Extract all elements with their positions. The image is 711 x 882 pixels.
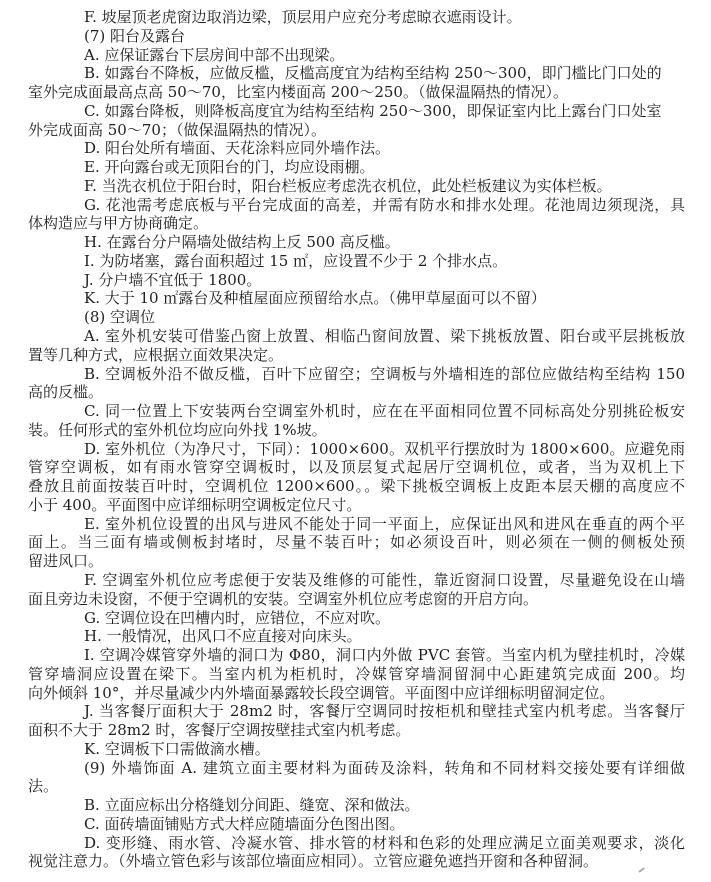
- text-line: 法。: [28, 777, 685, 796]
- text-line: D. 变形缝、雨水管、冷凝水管、排水管的材料和色彩的处理应满足立面美观要求，淡化: [28, 834, 685, 853]
- text-line: J. 分户墙不宜低于 1800。: [28, 271, 685, 290]
- text-line: F. 当洗衣机位于阳台时，阳台栏板应考虑洗衣机位，此处栏板建议为实体栏板。: [28, 177, 685, 196]
- text-line: K. 大于 10 ㎡露台及种植屋面应预留给水点。（佛甲草屋面可以不留）: [28, 289, 685, 308]
- text-line: C. 如露台降板，则降板高度宜为结构至结构 250～300，即保证室内比上露台门…: [28, 102, 685, 121]
- text-line: 高的反槛。: [28, 383, 685, 402]
- text-line: D. 室外机位（为净尺寸，下同）：1000×600。双机平行摆放时为 1800×…: [28, 440, 685, 459]
- text-line: 留进风口。: [28, 552, 685, 571]
- text-line: (7) 阳台及露台: [28, 27, 685, 46]
- text-line: 室外完成面最高点高 50～70，比室内楼面高 200～250。（做保温隔热的情况…: [28, 83, 685, 102]
- text-line: B. 空调板外沿不做反槛，百叶下应留空；空调板与外墙相连的部位应做结构至结构 1…: [28, 365, 685, 384]
- text-line: E. 室外机位设置的出风与进风不能处于同一平面上，应保证出风和进风在垂直的两个平: [28, 515, 685, 534]
- text-line: H. 在露台分户隔墙处做结构上反 500 高反槛。: [28, 233, 685, 252]
- text-line: 叠放且前面按装百叶时，空调机位 1200×600。。梁下挑板空调板上皮距本层天棚…: [28, 477, 685, 496]
- text-line: I. 为防堵塞，露台面积超过 15 ㎡，应设置不少于 2 个排水点。: [28, 252, 685, 271]
- text-line: E. 开向露台或无顶阳台的门，均应设雨棚。: [28, 158, 685, 177]
- text-line: 外完成面高 50～70；（做保温隔热的情况）。: [28, 121, 685, 140]
- text-line: D. 阳台处所有墙面、天花涂料应同外墙作法。: [28, 139, 685, 158]
- text-line: B. 立面应标出分格缝划分间距、缝宽、深和做法。: [28, 796, 685, 815]
- text-line: F. 空调室外机位应考虑便于安装及维修的可能性，靠近窗洞口设置，尽量避免设在山墙: [28, 571, 685, 590]
- text-line: B. 如露台不降板，应做反槛，反槛高度宜为结构至结构 250～300，即门槛比门…: [28, 64, 685, 83]
- text-line: A. 室外机安装可借鉴凸窗上放置、相临凸窗间放置、梁下挑板放置、阳台或平层挑板放: [28, 327, 685, 346]
- text-line: F. 坡屋顶老虎窗边取消边梁，顶层用户应充分考虑晾衣遮雨设计。: [28, 8, 685, 27]
- text-line: (9) 外墙饰面 A. 建筑立面主要材料为面砖及涂料，转角和不同材料交接处要有详…: [28, 759, 685, 778]
- text-line: 置等几种方式，应根据立面效果决定。: [28, 346, 685, 365]
- text-line: 向外倾斜 10°，并尽量减少内外墙面暴露较长段空调管。平面图中应详细标明留洞定位…: [28, 684, 685, 703]
- text-line: 小于 400。平面图中应详细标明空调板定位尺寸。: [28, 496, 685, 515]
- text-line: A. 应保证露台下层房间中部不出现梁。: [28, 46, 685, 65]
- text-line: C. 面砖墙面铺贴方式大样应随墙面分色图出图。: [28, 815, 685, 834]
- document-page: F. 坡屋顶老虎窗边取消边梁，顶层用户应充分考虑晾衣遮雨设计。(7) 阳台及露台…: [0, 0, 711, 882]
- text-line: (8) 空调位: [28, 308, 685, 327]
- text-line: 面且旁边未设窗，不便于空调机的安装。空调室外机位应考虑窗的开启方向。: [28, 590, 685, 609]
- text-line: 面积不大于 28m2 时，客餐厅空调按壁挂式室内机考虑。: [28, 721, 685, 740]
- text-line: J. 当客餐厅面积大于 28m2 时，客餐厅空调同时按柜机和壁挂式室内机考虑。当…: [28, 702, 685, 721]
- text-line: K. 空调板下口需做滴水槽。: [28, 740, 685, 759]
- text-line: 体构造应与甲方协商确定。: [28, 214, 685, 233]
- text-line: C. 同一位置上下安装两台空调室外机时，应在在平面相同位置不同标高处分别挑砼板安: [28, 402, 685, 421]
- text-line: I. 空调冷媒管穿外墙的洞口为 Φ80，洞口内外做 PVC 套管。当室内机为壁挂…: [28, 646, 685, 665]
- text-line: 装。任何形式的室外机位均应向外找 1%坡。: [28, 421, 685, 440]
- text-line: 面上。当三面有墙或侧板封堵时，尽量不装百叶；如必须设百叶，则必须在一侧的侧板处预: [28, 533, 685, 552]
- text-line: 视觉注意力。（外墙立管色彩与该部位墙面应相同）。立管应避免遮挡开窗和各种留洞。: [28, 852, 685, 871]
- text-line: 管穿空调板，如有雨水管穿空调板时，以及顶层复式起居厅空调机位，或者，当为双机上下: [28, 458, 685, 477]
- text-line: G. 花池需考虑底板与平台完成面的高差，并需有防水和排水处理。花池周边须现浇，具: [28, 196, 685, 215]
- text-line: H. 一般情况，出风口不应直接对向床头。: [28, 627, 685, 646]
- text-line: 管穿墙洞应设置在梁下。当室内机为柜机时，冷媒管穿墙洞留洞中心距建筑完成面 200…: [28, 665, 685, 684]
- text-block: F. 坡屋顶老虎窗边取消边梁，顶层用户应充分考虑晾衣遮雨设计。(7) 阳台及露台…: [28, 8, 685, 871]
- text-line: G. 空调位设在凹槽内时，应错位，不应对吹。: [28, 609, 685, 628]
